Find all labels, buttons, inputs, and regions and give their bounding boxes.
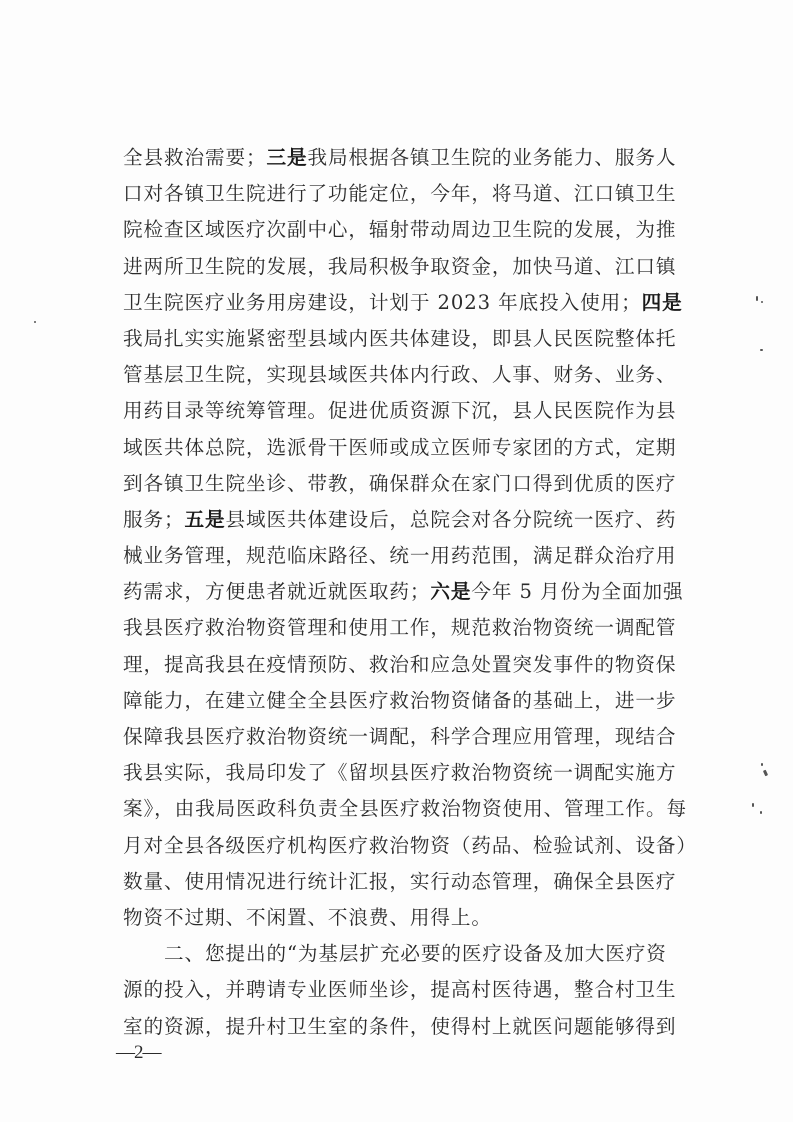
- text-segment: 域医共体总院，选派骨干医师或成立医师专家团的方式，定期: [123, 436, 676, 459]
- text-segment: 物资不过期、不闲置、不浪费、用得上。: [123, 906, 492, 929]
- text-line: 卫生院医疗业务用房建设，计划于 2023 年底投入使用；四是: [123, 285, 683, 321]
- bold-emphasis: 五是: [184, 508, 225, 531]
- text-line: 障能力，在建立健全全县医疗救治物资储备的基础上，进一步: [123, 683, 683, 719]
- text-segment: 卫生院医疗业务用房建设，计划于 2023 年底投入使用；: [123, 291, 642, 314]
- text-segment: 我县医疗救治物资管理和使用工作，规范救治物资统一调配管: [123, 616, 676, 639]
- text-segment: 二、您提出的“为基层扩充必要的医疗设备及加大医疗资: [164, 942, 667, 965]
- text-line: 我县实际，我局印发了《留坝县医疗救治物资统一调配实施方: [123, 755, 683, 791]
- text-line: 到各镇卫生院坐诊、带教，确保群众在家门口得到优质的医疗: [123, 466, 683, 502]
- text-line: 全县救治需要；三是我局根据各镇卫生院的业务能力、服务人: [123, 140, 683, 176]
- scan-speck: [760, 811, 762, 814]
- text-segment: 用药目录等统筹管理。促进优质资源下沉，县人民医院作为县: [123, 399, 676, 422]
- text-segment: 全县救治需要；: [123, 146, 266, 169]
- text-line: 室的资源，提升村卫生室的条件，使得村上就医问题能够得到: [123, 1009, 683, 1045]
- text-line: 用药目录等统筹管理。促进优质资源下沉，县人民医院作为县: [123, 393, 683, 429]
- text-segment: 服务；: [123, 508, 184, 531]
- text-segment: 今年 5 月份为全面加强: [471, 580, 683, 603]
- text-segment: 管基层卫生院，实现县域医共体内行政、人事、财务、业务、: [123, 363, 676, 386]
- text-segment: 到各镇卫生院坐诊、带教，确保群众在家门口得到优质的医疗: [123, 472, 676, 495]
- text-line: 服务；五是县域医共体建设后，总院会对各分院统一医疗、药: [123, 502, 683, 538]
- text-segment: 月对全县各级医疗机构医疗救治物资（药品、检验试剂、设备）: [123, 834, 697, 857]
- bold-emphasis: 六是: [430, 580, 471, 603]
- text-line: 域医共体总院，选派骨干医师或成立医师专家团的方式，定期: [123, 430, 683, 466]
- scan-speck: [760, 349, 763, 351]
- page-number: —2—: [116, 1042, 161, 1064]
- scan-speck: [752, 803, 754, 807]
- text-segment: 数量、使用情况进行统计汇报，实行动态管理，确保全县医疗: [123, 870, 676, 893]
- text-line: 院检查区域医疗次副中心，辐射带动周边卫生院的发展，为推: [123, 212, 683, 248]
- text-segment: 院检查区域医疗次副中心，辐射带动周边卫生院的发展，为推: [123, 218, 676, 241]
- text-line: 理，提高我县在疫情预防、救治和应急处置突发事件的物资保: [123, 647, 683, 683]
- text-segment: 保障我县医疗救治物资统一调配，科学合理应用管理，现结合: [123, 725, 676, 748]
- text-segment: 药需求，方便患者就近就医取药；: [123, 580, 430, 603]
- scan-speck: [763, 770, 768, 777]
- document-page: 全县救治需要；三是我局根据各镇卫生院的业务能力、服务人口对各镇卫生院进行了功能定…: [0, 0, 793, 1122]
- text-line: 械业务管理，规范临床路径、统一用药范围，满足群众治疗用: [123, 538, 683, 574]
- text-segment: 理，提高我县在疫情预防、救治和应急处置突发事件的物资保: [123, 653, 676, 676]
- text-segment: 我局扎实实施紧密型县域内医共体建设，即县人民医院整体托: [123, 327, 676, 350]
- text-segment: 我局根据各镇卫生院的业务能力、服务人: [307, 146, 676, 169]
- text-segment: 县域医共体建设后，总院会对各分院统一医疗、药: [225, 508, 676, 531]
- text-line: 管基层卫生院，实现县域医共体内行政、人事、财务、业务、: [123, 357, 683, 393]
- text-line: 我县医疗救治物资管理和使用工作，规范救治物资统一调配管: [123, 610, 683, 646]
- scan-speck: [761, 301, 763, 303]
- text-line: 口对各镇卫生院进行了功能定位，今年，将马道、江口镇卫生: [123, 176, 683, 212]
- text-line: 案》，由我局医政科负责全县医疗救治物资使用、管理工作。每: [123, 791, 683, 827]
- text-line: 物资不过期、不闲置、不浪费、用得上。: [123, 900, 683, 936]
- text-segment: 源的投入，并聘请专业医师坐诊，提高村医待遇，整合村卫生: [123, 978, 676, 1001]
- text-segment: 进两所卫生院的发展，我局积极争取资金，加快马道、江口镇: [123, 255, 676, 278]
- text-line: 二、您提出的“为基层扩充必要的医疗设备及加大医疗资: [123, 936, 683, 972]
- text-segment: 障能力，在建立健全全县医疗救治物资储备的基础上，进一步: [123, 689, 676, 712]
- text-line: 月对全县各级医疗机构医疗救治物资（药品、检验试剂、设备）: [123, 828, 683, 864]
- text-line: 源的投入，并聘请专业医师坐诊，提高村医待遇，整合村卫生: [123, 972, 683, 1008]
- scan-speck: [34, 321, 36, 323]
- text-segment: 室的资源，提升村卫生室的条件，使得村上就医问题能够得到: [123, 1015, 676, 1038]
- text-line: 数量、使用情况进行统计汇报，实行动态管理，确保全县医疗: [123, 864, 683, 900]
- text-line: 我局扎实实施紧密型县域内医共体建设，即县人民医院整体托: [123, 321, 683, 357]
- bold-emphasis: 四是: [642, 291, 683, 314]
- document-body: 全县救治需要；三是我局根据各镇卫生院的业务能力、服务人口对各镇卫生院进行了功能定…: [123, 140, 683, 1045]
- text-segment: 我县实际，我局印发了《留坝县医疗救治物资统一调配实施方: [123, 761, 676, 784]
- text-line: 保障我县医疗救治物资统一调配，科学合理应用管理，现结合: [123, 719, 683, 755]
- text-segment: 口对各镇卫生院进行了功能定位，今年，将马道、江口镇卫生: [123, 182, 676, 205]
- text-segment: 械业务管理，规范临床路径、统一用药范围，满足群众治疗用: [123, 544, 676, 567]
- text-segment: 案》，由我局医政科负责全县医疗救治物资使用、管理工作。每: [123, 797, 687, 820]
- scan-speck: [761, 763, 763, 766]
- text-line: 进两所卫生院的发展，我局积极争取资金，加快马道、江口镇: [123, 249, 683, 285]
- text-line: 药需求，方便患者就近就医取药；六是今年 5 月份为全面加强: [123, 574, 683, 610]
- scan-speck: [756, 296, 758, 301]
- bold-emphasis: 三是: [266, 146, 307, 169]
